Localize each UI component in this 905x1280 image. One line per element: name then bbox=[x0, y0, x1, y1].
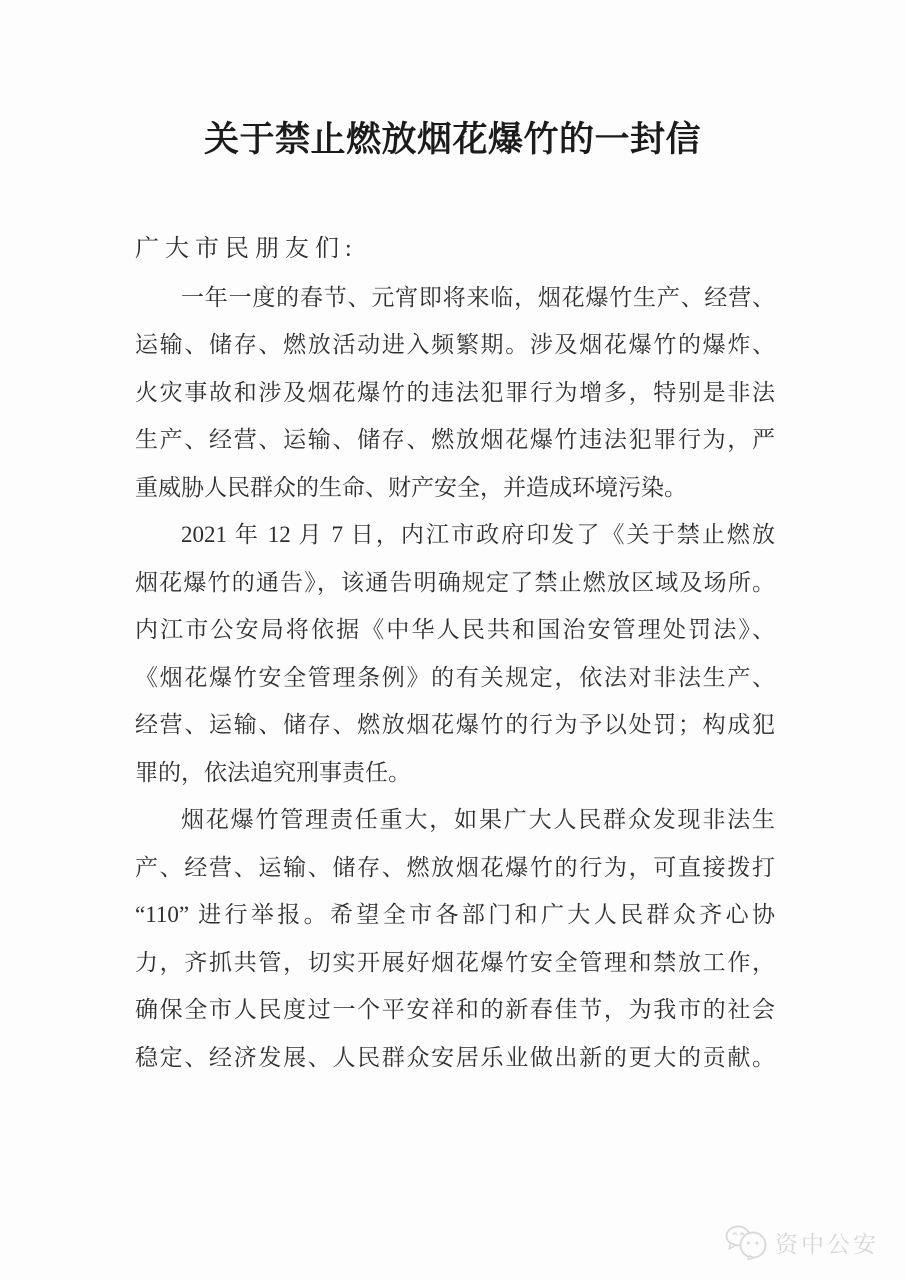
text-line: 烟花爆竹管理责任重大，如果广大人民群众发现非法生 bbox=[135, 796, 775, 844]
text-line: 运输、储存、燃放活动进入频繁期。涉及烟花爆竹的爆炸、 bbox=[135, 321, 775, 369]
text-line: 2021 年 12 月 7 日，内江市政府印发了《关于禁止燃放 bbox=[135, 511, 775, 559]
text-line: 一年一度的春节、元宵即将来临，烟花爆竹生产、经营、 bbox=[135, 274, 775, 322]
text-line: 产、经营、运输、储存、燃放烟花爆竹的行为，可直接拨打 bbox=[135, 844, 775, 892]
text-line: 烟花爆竹的通告》，该通告明确规定了禁止燃放区域及场所。 bbox=[135, 559, 775, 607]
text-line: 稳定、经济发展、人民群众安居乐业做出新的更大的贡献。 bbox=[135, 1034, 775, 1082]
text-line: 力，齐抓共管，切实开展好烟花爆竹安全管理和禁放工作， bbox=[135, 939, 775, 987]
watermark-label: 资中公安 bbox=[775, 1226, 879, 1259]
text-line: 内江市公安局将依据《中华人民共和国治安管理处罚法》、 bbox=[135, 606, 775, 654]
text-line: 经营、运输、储存、燃放烟花爆竹的行为予以处罚；构成犯 bbox=[135, 701, 775, 749]
watermark: 资中公安 bbox=[725, 1224, 879, 1260]
text-line: 火灾事故和涉及烟花爆竹的违法犯罪行为增多，特别是非法 bbox=[135, 369, 775, 417]
text-line: 罪的，依法追究刑事责任。 bbox=[135, 749, 775, 797]
text-line: 《烟花爆竹安全管理条例》的有关规定，依法对非法生产、 bbox=[135, 654, 775, 702]
wechat-icon bbox=[725, 1224, 767, 1260]
document-page: 关于禁止燃放烟花爆竹的一封信 广大市民朋友们: 一年一度的春节、元宵即将来临，烟… bbox=[0, 0, 905, 1280]
text-line: 确保全市人民度过一个平安祥和的新春佳节，为我市的社会 bbox=[135, 986, 775, 1034]
text-line: 重威胁人民群众的生命、财产安全，并造成环境污染。 bbox=[135, 464, 775, 512]
letter-title: 关于禁止燃放烟花爆竹的一封信 bbox=[0, 112, 905, 162]
text-line: “110” 进行举报。希望全市各部门和广大人民群众齐心协 bbox=[135, 891, 775, 939]
salutation: 广大市民朋友们: bbox=[135, 226, 775, 274]
text-line: 生产、经营、运输、储存、燃放烟花爆竹违法犯罪行为，严 bbox=[135, 416, 775, 464]
letter-body: 广大市民朋友们: 一年一度的春节、元宵即将来临，烟花爆竹生产、经营、 运输、储存… bbox=[135, 226, 775, 1081]
